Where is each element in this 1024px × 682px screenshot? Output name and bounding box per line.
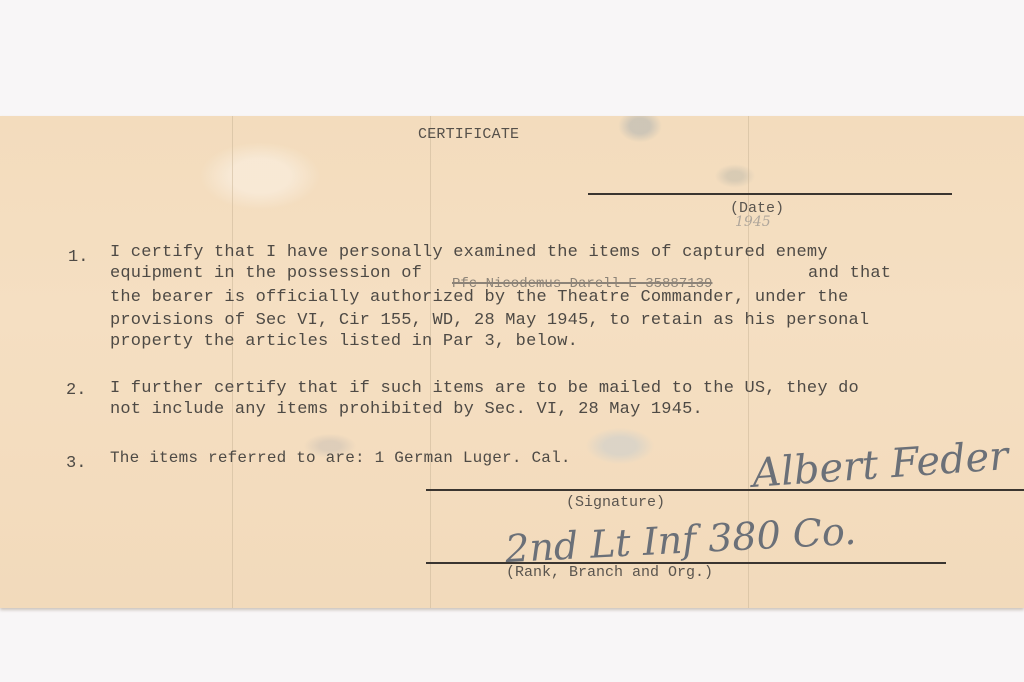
- certificate-paper: CERTIFICATE (Date) 1945 1. I certify tha…: [0, 116, 1024, 608]
- date-line: [588, 193, 952, 195]
- fold-crease: [430, 116, 431, 608]
- paragraph-1-number: 1.: [68, 248, 88, 267]
- paragraph-1-line-3: the bearer is officially authorized by t…: [110, 288, 849, 307]
- certificate-title: CERTIFICATE: [418, 126, 519, 143]
- signature-line: [426, 489, 1024, 491]
- rank-caption: (Rank, Branch and Org.): [506, 564, 713, 581]
- paragraph-1-line-1: I certify that I have personally examine…: [110, 243, 828, 262]
- signature-handwritten: Albert Feder: [751, 433, 1010, 497]
- fold-crease: [232, 116, 233, 608]
- signature-caption: (Signature): [566, 494, 665, 511]
- date-handwritten: 1945: [735, 214, 771, 230]
- paragraph-2-line-2: not include any items prohibited by Sec.…: [110, 400, 703, 419]
- paragraph-1-line-2: equipment in the possession of: [110, 264, 422, 283]
- paragraph-3-number: 3.: [66, 454, 86, 473]
- paragraph-2-line-1: I further certify that if such items are…: [110, 379, 859, 398]
- paragraph-3-line-1: The items referred to are: 1 German Luge…: [110, 449, 571, 467]
- paragraph-1-line-2-tail: and that: [808, 264, 891, 283]
- paragraph-2-number: 2.: [66, 381, 86, 400]
- paragraph-1-line-4: provisions of Sec VI, Cir 155, WD, 28 Ma…: [110, 311, 869, 330]
- paragraph-1-line-5: property the articles listed in Par 3, b…: [110, 332, 578, 351]
